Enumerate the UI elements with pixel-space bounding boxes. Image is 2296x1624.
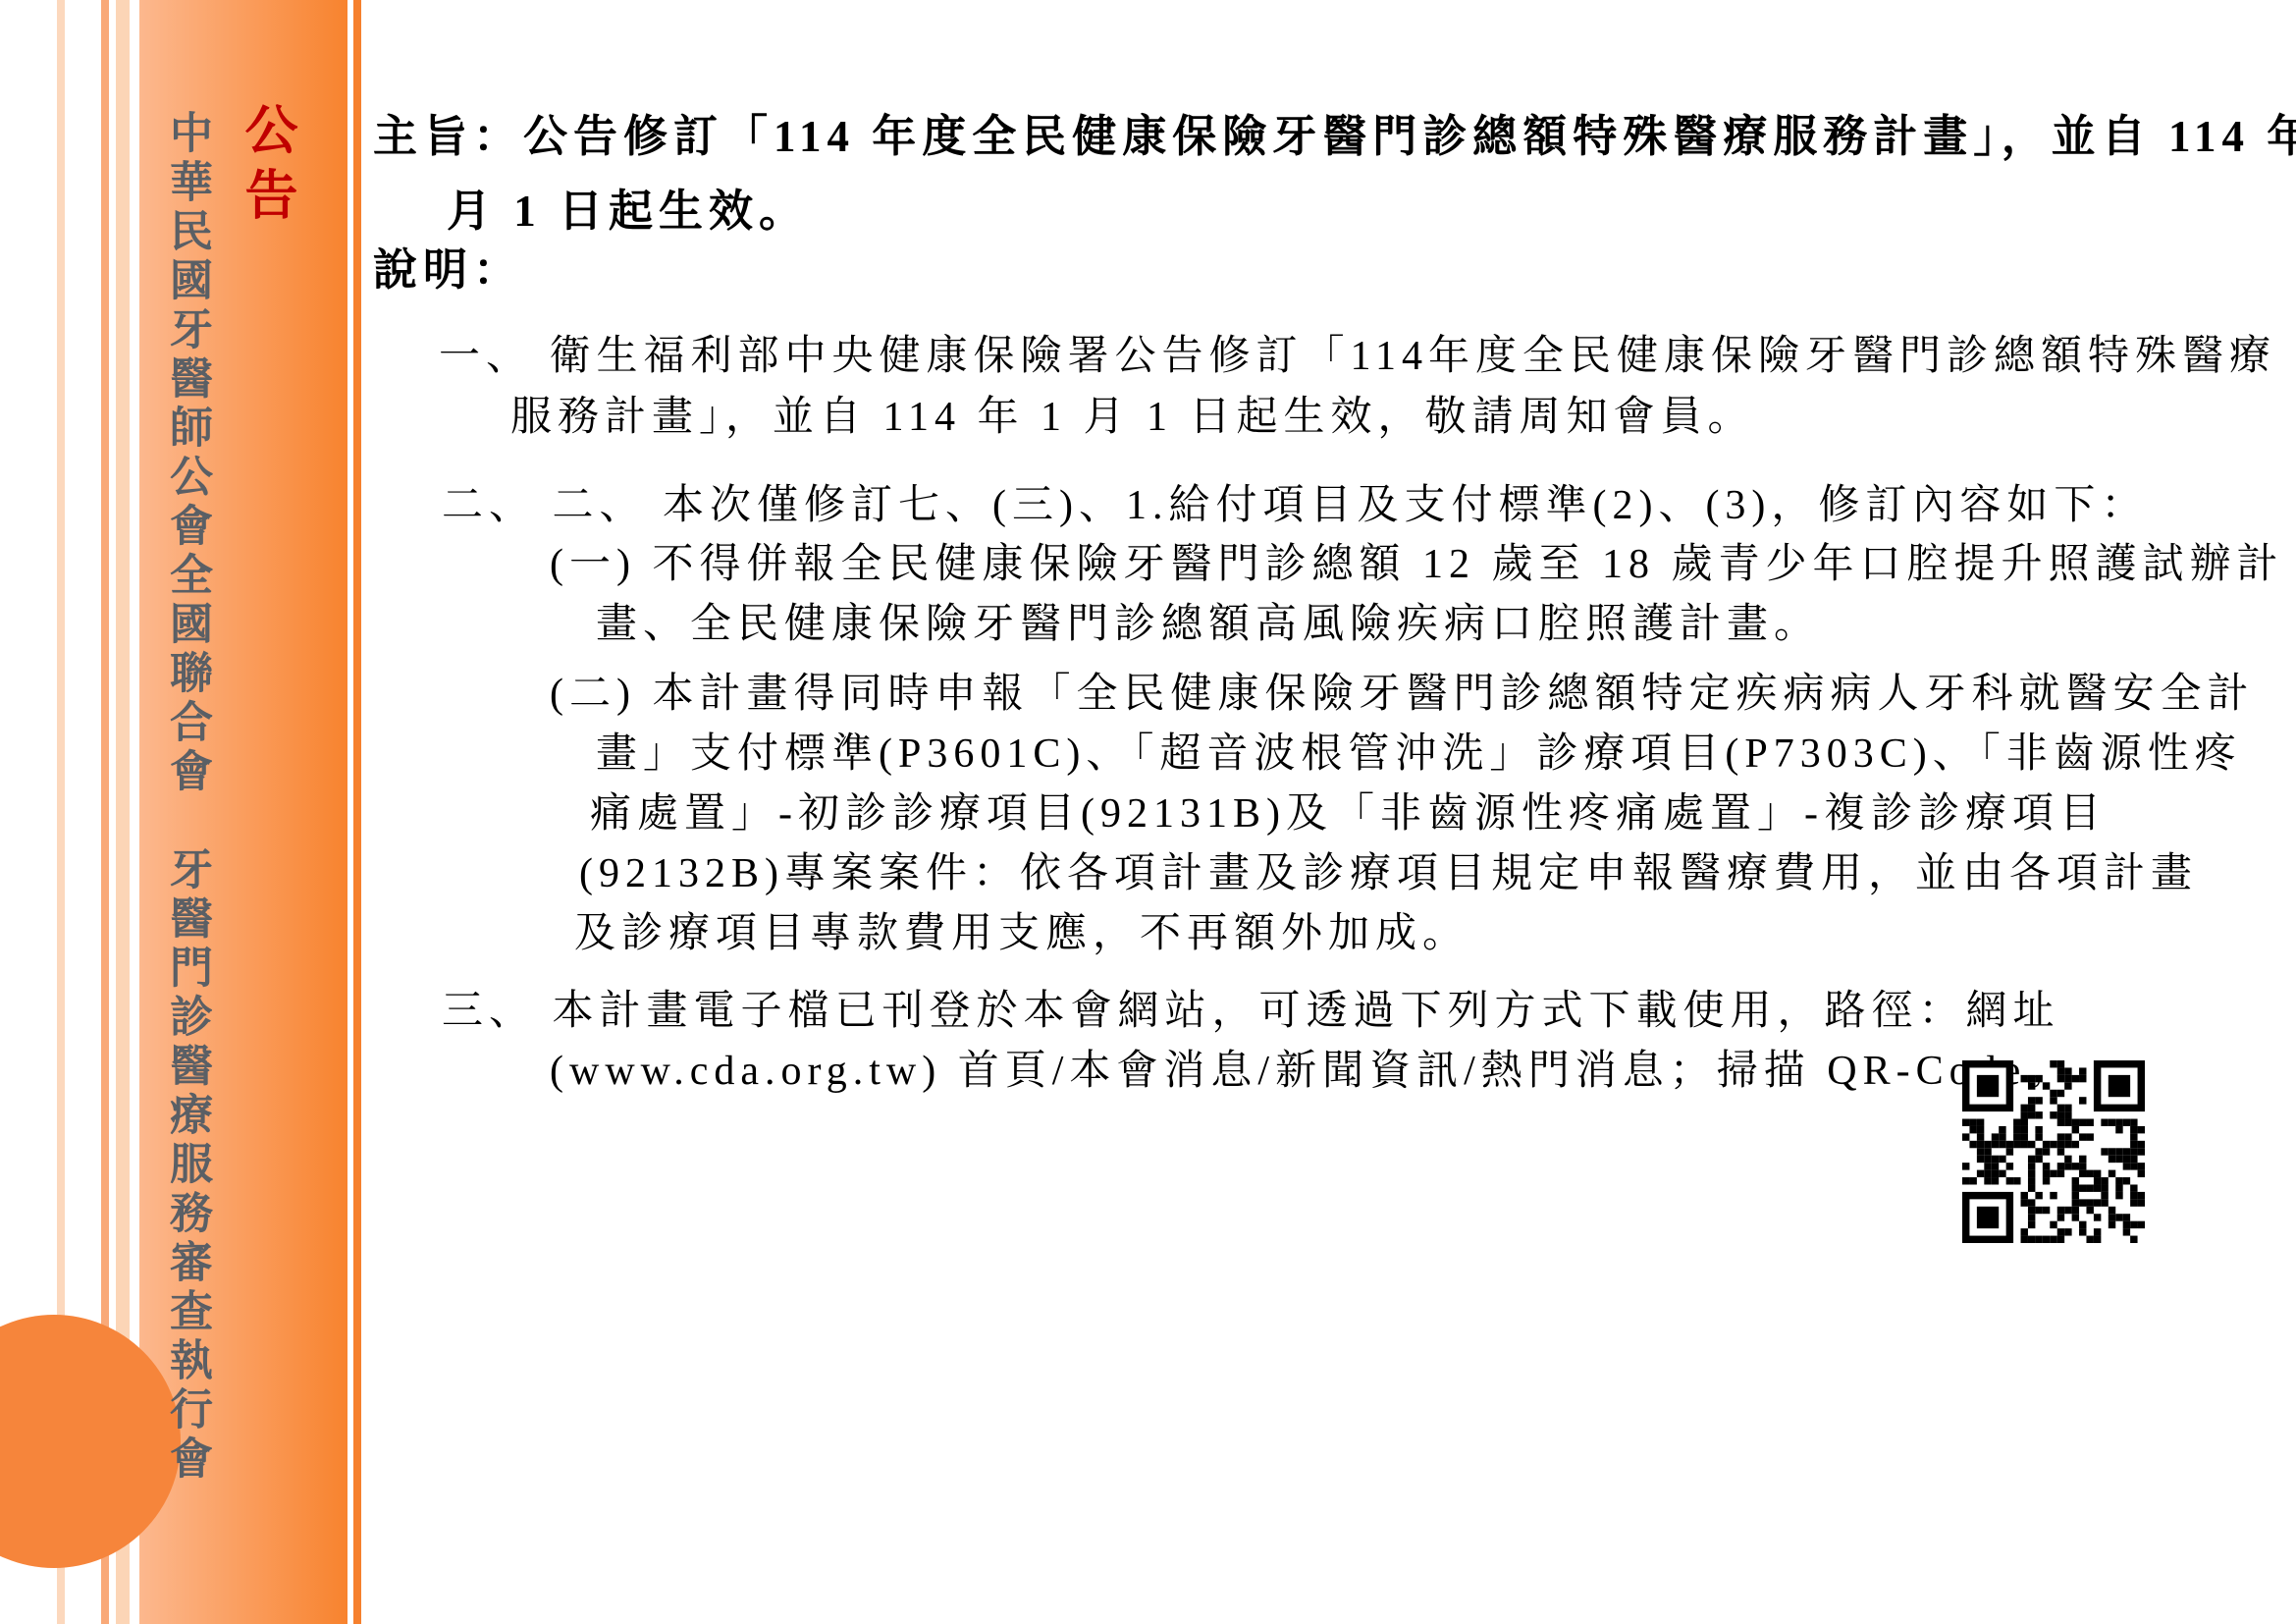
item-2-sub-1-line-1: (一) 不得併報全民健康保險牙醫門診總額 12 歲至 18 歲青少年口腔提升照護… — [550, 540, 2283, 589]
item-2-sub-2-line-2: 畫」支付標準(P3601C)、「超音波根管沖洗」診療項目(P7303C)、「非齒… — [596, 730, 2242, 779]
item-2-sub-2-line-1: (二) 本計畫得同時申報「全民健康保險牙醫門診總額特定疾病病人牙科就醫安全計 — [550, 670, 2254, 719]
organization-vertical-title: 中華民國牙醫師公會全國聯合會 牙醫門診醫療服務審查執行會 — [155, 110, 218, 1514]
item-2-sub-1-line-2: 畫、全民健康保險牙醫門診總額高風險疾病口腔照護計畫。 — [596, 600, 1821, 649]
item-2-sub-2-line-4: (92132B)專案案件：依各項計畫及診療項目規定申報醫療費用，並由各項計畫 — [579, 849, 2198, 898]
item-1-line-1: 一、 衛生福利部中央健康保險署公告修訂「114年度全民健康保險牙醫門診總額特殊醫… — [439, 332, 2276, 381]
side-stripe-thin-4 — [353, 0, 361, 1624]
item-2-sub-2-line-5: 及診療項目專款費用支應，不再額外加成。 — [574, 909, 1469, 958]
explanation-label: 說明： — [373, 244, 523, 297]
qr-code — [1962, 1060, 2145, 1243]
announcement-page: { "colors": { "orange_accent": "#f8832e"… — [0, 0, 2296, 1624]
item-3-line-2: (www.cda.org.tw) 首頁/本會消息/新聞資訊/熱門消息；掃描 QR… — [550, 1047, 2073, 1096]
qr-code-image — [1962, 1060, 2145, 1243]
announcement-vertical-label: 公告 — [230, 102, 305, 232]
item-2-sub-2-line-3: 痛處置」-初診診療項目(92131B)及「非齒源性疼痛處置」-複診診療項目 — [590, 789, 2107, 839]
subject-line-2: 月 1 日起生效。 — [447, 185, 809, 238]
item-1-line-2: 服務計畫」，並自 114 年 1 月 1 日起生效，敬請周知會員。 — [510, 393, 1754, 442]
item-3-line-1: 三、 本計畫電子檔已刊登於本會網站，可透過下列方式下載使用，路徑：網址 — [442, 987, 2060, 1036]
item-2-line-1: 二、 二、 本次僅修訂七、(三)、1.給付項目及支付標準(2)、(3)，修訂內容… — [442, 481, 2148, 530]
subject-line-1: 主旨：公告修訂「114 年度全民健康保險牙醫門診總額特殊醫療服務計畫」，並自 1… — [373, 110, 2296, 163]
